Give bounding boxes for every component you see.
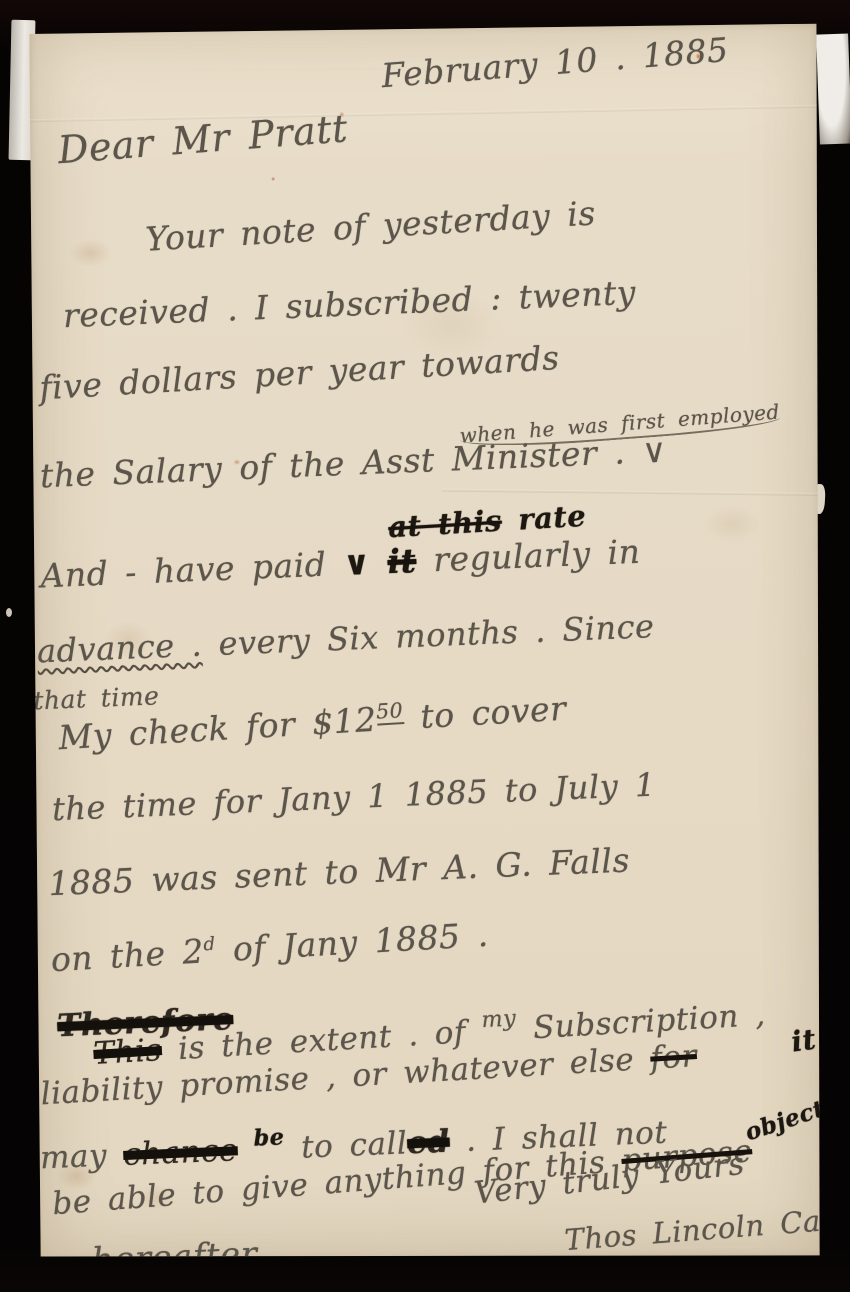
paper-crease-top xyxy=(30,105,818,122)
body-line-15-hereafter: hereafter . xyxy=(91,1233,287,1281)
body-line-10-end: of Jany 1885 . xyxy=(232,915,490,969)
amount-dollars: $12 xyxy=(311,700,378,743)
paper-crease-middle xyxy=(442,489,820,496)
body-line-5: And - have paid ∨ it regularly in xyxy=(40,532,641,596)
body-line-5-end: regularly in xyxy=(432,532,641,579)
insertion-object: object xyxy=(742,1095,828,1146)
date-line: February 10 . 1885 xyxy=(380,30,730,95)
insertion-rate: rate xyxy=(517,499,587,537)
body-line-10: on the 2d of Jany 1885 . xyxy=(50,915,490,980)
letter-paper: February 10 . 1885 Dear Mr Pratt Your no… xyxy=(29,24,825,1262)
body-line-6-end: every Six months . Since xyxy=(218,607,655,663)
backing-page-speck-left xyxy=(6,608,12,617)
body-line-11-end: Subscription , xyxy=(532,997,766,1047)
body-line-3: five dollars per year towards xyxy=(38,338,560,407)
body-line-2: received . I subscribed : twenty xyxy=(62,273,636,335)
insertion-it: it xyxy=(789,1022,818,1058)
body-line-7-end: to cover xyxy=(419,689,567,736)
amount-cents: 50 xyxy=(375,698,403,726)
body-line-9: 1885 was sent to Mr A. G. Falls xyxy=(48,840,631,903)
body-line-6: advance . every Six months . Since xyxy=(36,607,655,670)
body-line-13-start: may xyxy=(39,1138,107,1177)
body-line-4: the Salary of the Asst Minister . ∨ xyxy=(39,431,667,496)
letter-photograph: February 10 . 1885 Dear Mr Pratt Your no… xyxy=(0,0,850,1292)
struck-word-chance: chance xyxy=(123,1132,239,1173)
struck-word-for: for xyxy=(649,1038,697,1077)
struck-word-it: it xyxy=(387,541,417,581)
body-line-1: Your note of yesterday is xyxy=(144,193,596,258)
body-line-10-start: on the 2 xyxy=(50,931,205,979)
salutation: Dear Mr Pratt xyxy=(56,106,349,172)
interline-insertion-that-time: that time xyxy=(33,681,160,715)
struck-word-this: This xyxy=(92,1032,162,1072)
ordinal-d: d xyxy=(203,934,216,956)
body-line-8: the time for Jany 1 1885 to July 1 xyxy=(51,766,656,829)
signature: Thos Lincoln Casey xyxy=(563,1200,850,1257)
underlined-advance: advance . xyxy=(36,626,202,671)
insertion-caret-ink: ∨ xyxy=(342,543,371,583)
insertion-caret-pencil: ∨ xyxy=(641,431,667,471)
body-line-5-start: And - have paid xyxy=(40,545,327,596)
backing-page-edge-right xyxy=(816,33,850,144)
body-line-4-text: the Salary of the Asst Minister . xyxy=(39,432,626,495)
insertion-be: be xyxy=(253,1124,285,1151)
insertion-my: my xyxy=(481,1005,517,1033)
